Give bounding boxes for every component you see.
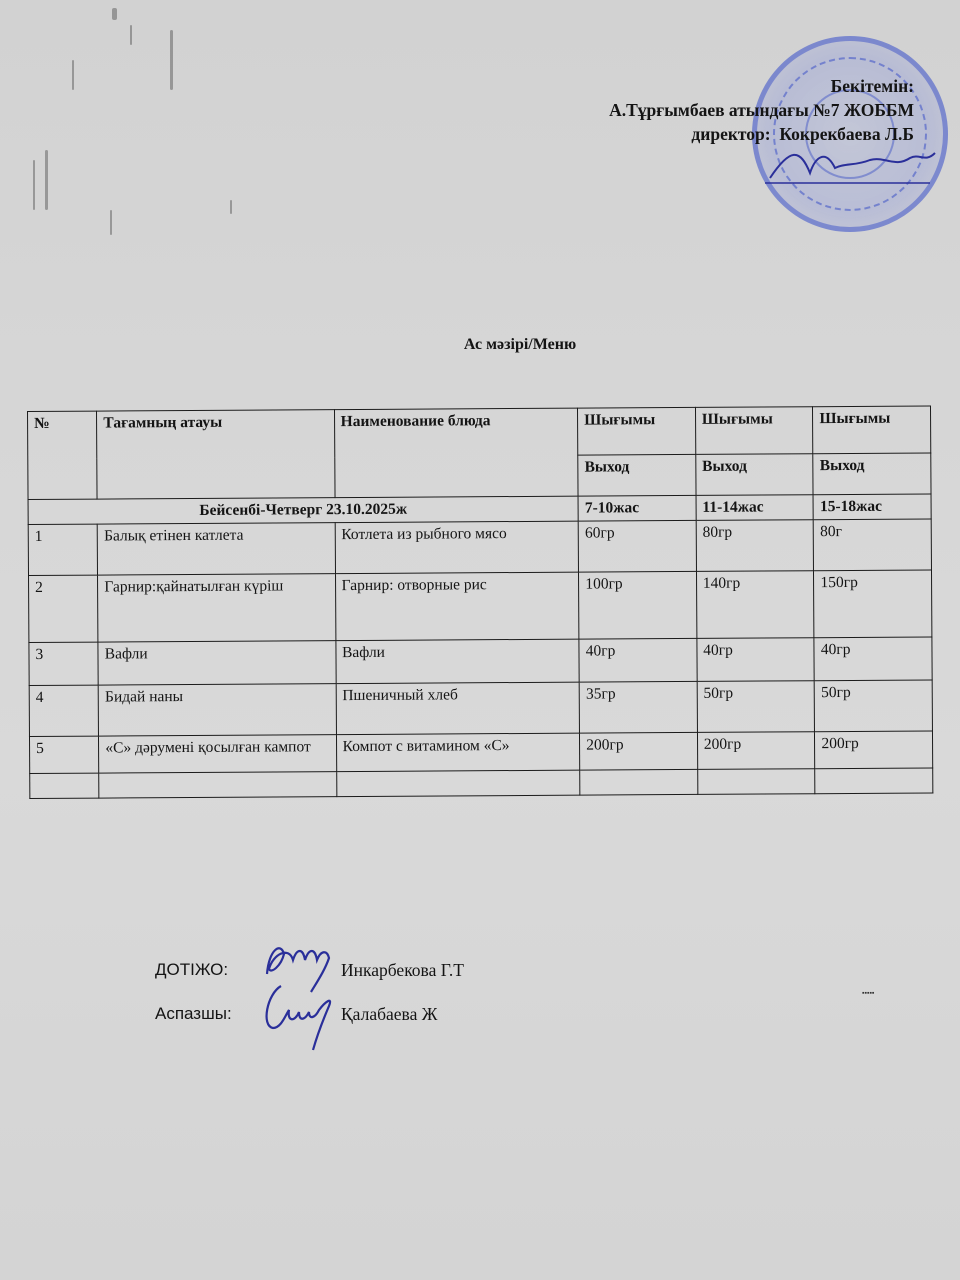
portion: 35гр [579, 681, 697, 733]
header-name-ru: Наименование блюда [334, 408, 578, 497]
header-no: № [28, 411, 98, 499]
portion: 140гр [696, 571, 814, 639]
empty-cell [697, 769, 815, 795]
header-row: № Тағамның атауы Наименование блюда Шығы… [28, 406, 931, 459]
portion: 200гр [697, 732, 815, 770]
portion: 40гр [697, 638, 815, 682]
row-no: 2 [29, 575, 99, 642]
portion: 80гр [696, 520, 814, 572]
header-output-kz: Шығымы [695, 407, 813, 455]
table-row: 5 «С» дәрумені қосылған кампот Компот с … [29, 731, 932, 774]
header-output-ru: Выход [813, 453, 931, 495]
dish-name-kz: «С» дәрумені қосылған кампот [99, 735, 337, 773]
dish-name-kz: Вафли [98, 641, 336, 685]
portion: 40гр [579, 638, 697, 682]
row-no: 5 [29, 736, 99, 773]
age-group: 15-18жас [813, 494, 931, 520]
signer-role: ДОТІЖО: [155, 948, 265, 992]
director-label: директор: [691, 124, 770, 144]
header-name-kz: Тағамның атауы [97, 410, 335, 499]
day-label: Бейсенбі-Четверг 23.10.2025ж [28, 496, 578, 524]
document-title: Ас мәзірі/Меню [0, 336, 960, 354]
empty-cell [30, 773, 99, 798]
empty-cell [580, 769, 698, 795]
empty-cell [336, 770, 580, 796]
portion: 200гр [815, 731, 933, 769]
dish-name-kz: Бидай наны [98, 684, 336, 736]
dish-name-ru: Компот с витамином «С» [336, 733, 580, 771]
approval-heading: Бекітемін: [609, 74, 914, 98]
dish-name-ru: Пшеничный хлеб [336, 682, 580, 734]
header-output-kz: Шығымы [813, 406, 931, 454]
table-row: 4 Бидай наны Пшеничный хлеб 35гр 50гр 50… [29, 680, 932, 737]
director-name: Кокрекбаева Л.Б [779, 124, 914, 144]
signature-block: ДОТІЖО: Инкарбекова Г.Т Аспазшы: Қалабае… [155, 948, 464, 1036]
portion: 200гр [580, 732, 698, 770]
dish-name-ru: Котлета из рыбного мясо [335, 521, 579, 573]
approval-block: Бекітемін: А.Тұрғымбаев атындағы №7 ЖОББ… [609, 74, 914, 146]
table-row: 2 Гарнир:қайнатылған күріш Гарнир: отвор… [29, 570, 932, 643]
menu-table: № Тағамның атауы Наименование блюда Шығы… [27, 405, 933, 799]
age-group: 11-14жас [696, 495, 814, 521]
school-name: А.Тұрғымбаев атындағы №7 ЖОББМ [609, 98, 914, 122]
dish-name-kz: Балық етінен катлета [97, 523, 335, 575]
empty-cell [99, 772, 336, 798]
portion: 150гр [814, 570, 932, 638]
table-row: 3 Вафли Вафли 40гр 40гр 40гр [29, 637, 932, 686]
signature-row: Аспазшы: Қалабаева Ж [155, 992, 464, 1036]
dish-name-ru: Вафли [335, 639, 579, 683]
header-output-kz: Шығымы [578, 407, 696, 455]
portion: 50гр [815, 680, 933, 732]
table-row: 1 Балық етінен катлета Котлета из рыбног… [28, 519, 931, 576]
signer-role: Аспазшы: [155, 992, 265, 1036]
row-no: 3 [29, 642, 99, 685]
portion: 40гр [814, 637, 932, 681]
signer-name: Қалабаева Ж [341, 992, 437, 1036]
dish-name-ru: Гарнир: отворные рис [335, 572, 579, 640]
printer-mark: ▪▪▪▪▪ [862, 990, 874, 997]
header-output-ru: Выход [578, 454, 696, 496]
dish-name-kz: Гарнир:қайнатылған күріш [98, 574, 336, 642]
portion: 60гр [578, 520, 696, 572]
portion: 100гр [579, 571, 697, 639]
portion: 50гр [697, 681, 815, 733]
age-group: 7-10жас [578, 495, 696, 521]
row-no: 4 [29, 685, 99, 736]
signer-name: Инкарбекова Г.Т [341, 948, 464, 992]
row-no: 1 [28, 524, 98, 575]
empty-cell [815, 768, 933, 794]
header-output-ru: Выход [696, 454, 814, 496]
empty-row [30, 768, 933, 799]
signature-icon [259, 976, 339, 1056]
portion: 80г [814, 519, 932, 571]
director-line: директор: Кокрекбаева Л.Б [609, 122, 914, 146]
